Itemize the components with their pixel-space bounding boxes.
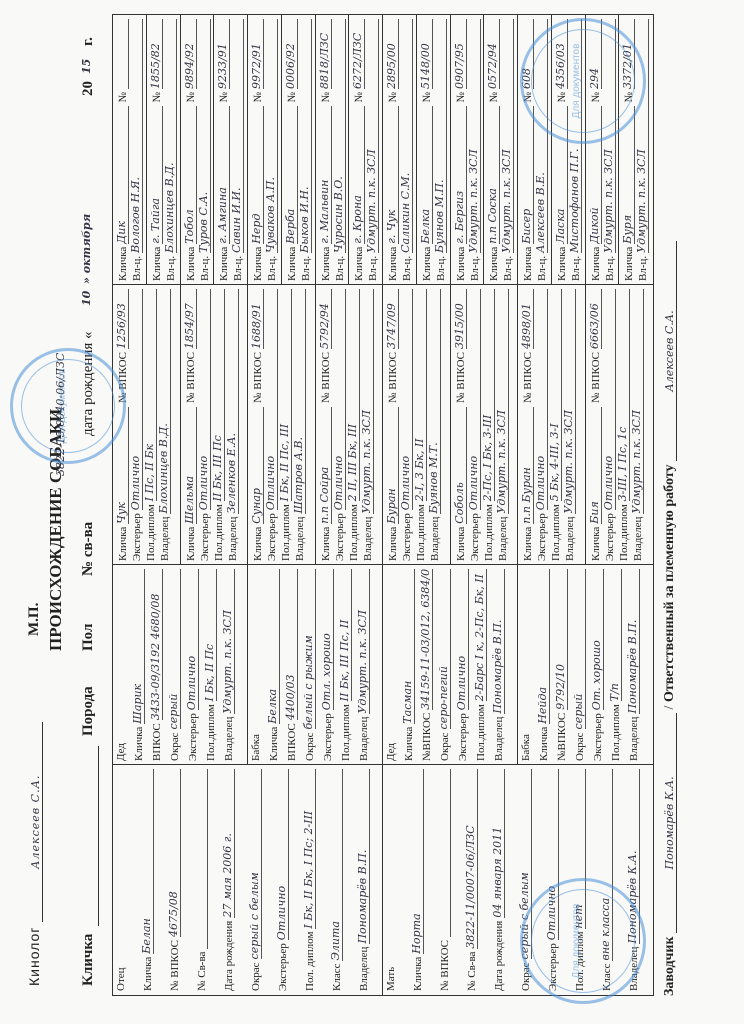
field-row: КличкаБелан [127, 769, 154, 991]
field-value: 2-I, 3 Бк, II [413, 289, 427, 501]
field-label: Кличка [320, 247, 332, 281]
field-value: Удмурт. п.к. ЗСЛ [356, 569, 370, 714]
field-label: №ВПКОС [556, 713, 568, 761]
field-label: Кличка [421, 247, 433, 281]
field-row: ЭкстерьерОтлично [264, 289, 278, 561]
field-row: ЭкстерьерОтлично [129, 289, 143, 561]
field-label: Кличка [185, 527, 197, 561]
ancestor-cell: Кличкаг. Бергиз№0907/95Вл-ц.Удмурт. п.к.… [451, 15, 485, 285]
field-row: ВладелецУдмурт. п.к. ЗСЛ [630, 289, 644, 561]
field-value: п.п Буран [520, 407, 534, 524]
field-value: Удмурт. п.к. ЗСЛ [360, 289, 374, 514]
field-value: Савин И.И. [230, 19, 244, 253]
field-value: II Бк, III Пс, II [338, 569, 352, 701]
field-row: КличкаТобол№9894/92 [183, 19, 197, 281]
number-value: 9894/92 [183, 19, 197, 89]
number-value: 2895/00 [385, 19, 399, 89]
field-value: Отлично [602, 289, 616, 510]
field-value: I Пс, II Бк [143, 289, 157, 501]
field-value: 2 II, III Бк, III [346, 289, 360, 501]
field-row: Пол.дипломI Бк, II Пс [199, 569, 217, 761]
field-value: Туров С.А. [197, 19, 211, 253]
number-value: 0006/92 [284, 19, 298, 89]
field-value: Отлично [332, 289, 346, 510]
footer: Заводчик Пономарёв К.А. / Ответственный … [662, 16, 678, 996]
field-value: Чуваков А.П. [264, 19, 278, 253]
field-row: Вл-ц.Чуросин В.О. [332, 19, 346, 281]
role-label: Бабка [520, 569, 532, 761]
field-value: Шарик [131, 569, 145, 724]
field-label: Кличка [218, 247, 230, 281]
field-value: II Бк, III Пс [211, 289, 225, 501]
number-label: № [387, 92, 399, 103]
grandparent-cell: ДедКличкаТасман№ВПКОС34159-11-03/012, 63… [383, 565, 518, 765]
field-value: От. хорошо [590, 569, 604, 710]
vpkos-value: 1854/97 [183, 289, 197, 349]
field-label: Вл-ц. [300, 256, 312, 281]
field-row: Окрассеро-пегий [433, 569, 451, 761]
field-label: Экстерьер [334, 513, 346, 561]
field-value: Буянов М.Т. [427, 289, 441, 514]
field-row: Дата рождения27 мая 2006 г. [208, 769, 235, 991]
field-value: 27 мая 2006 г. [221, 769, 235, 918]
field-value: Удмурт. п.к. ЗСЛ [467, 19, 481, 253]
field-value: Удмурт. п.к. ЗСЛ [495, 289, 509, 514]
field-value: г. Бергиз [453, 107, 467, 244]
role-label: Дед [385, 569, 397, 761]
grandparent-cell: БабкаКличкаНейда№ВПКОС9792/10ОкрассерыйЭ… [518, 565, 653, 765]
field-value: Нейда [536, 569, 550, 724]
field-row: КличкаБелка [262, 569, 280, 761]
field-value: Отлично [264, 289, 278, 510]
field-label: Кличка [117, 247, 129, 281]
field-label: Кличка [590, 527, 602, 561]
field-value: Удмурт. п.к. ЗСЛ [500, 19, 514, 253]
vpkos-value: 5792/94 [318, 289, 332, 349]
field-row: ЭкстерьерОтлично [332, 289, 346, 561]
kinolog-label: Кинолог [26, 927, 42, 986]
field-label: Экстерьер [277, 943, 289, 991]
field-row: Окрассерый [163, 569, 181, 761]
grandparent-cell: ДедКличкаШарикВПКОС3433-09/3192 4680/08О… [113, 565, 248, 765]
field-row: Вл-ц.Удмурт. п.к. ЗСЛ [467, 19, 481, 281]
field-value: г. Чук [385, 107, 399, 244]
field-row: Пол.диплом5 Бк, 4-III, 3-I [548, 289, 562, 561]
ancestor-cell: КличкаДик№Вл-ц.Вологов Н.Я. [113, 15, 147, 285]
number-label: № [488, 92, 500, 103]
field-label: Кличка [117, 527, 129, 561]
field-value: Буянов М.П. [433, 19, 447, 253]
number-value: 0572/94 [486, 19, 500, 89]
field-value: Белка [266, 569, 280, 724]
dob-year-prefix: 20 [80, 81, 97, 96]
field-row: Вл-ц.Савин И.И. [230, 19, 244, 281]
field-value: г. Крона [351, 107, 365, 244]
field-row: Вл-ц.Блохинцев В.Д. [163, 19, 177, 281]
field-label: Владелец [497, 517, 509, 561]
field-label: Пол.диплом [340, 704, 352, 761]
field-value: I Бк, II Пс [203, 569, 217, 701]
field-value: г. Мальвин [318, 107, 332, 244]
number-label: № [252, 92, 264, 103]
field-label: Окрас [169, 732, 181, 761]
field-row: КличкаТасман [397, 569, 415, 761]
kinolog-field: Кинолог Алексеев С.А. [26, 722, 43, 986]
field-row: № Св-ва3822-11/0007-06/ЛЗС [451, 769, 478, 991]
field-value: 3822-11/0007-06/ЛЗС [464, 769, 478, 949]
number-label: № [151, 92, 163, 103]
field-row: ВладелецБлохинцев В.Д. [157, 289, 171, 561]
field-label: Кличка [522, 247, 534, 281]
field-row: ЭкстерьерОтлично [181, 569, 199, 761]
field-label: Вл-ц. [536, 256, 548, 281]
field-row: №ВПКОС34159-11-03/012, 6384/06 [415, 569, 433, 761]
field-label: Пол.диплом [618, 504, 630, 561]
field-label: Пол.диплом [483, 504, 495, 561]
field-label: Пол.диплом [550, 504, 562, 561]
field-label: Экстерьер [592, 713, 604, 761]
vpkos-label: № ВПКОС [185, 352, 197, 403]
field-label: № ВПКОС [439, 940, 451, 991]
field-value: Блохинцев В.Д. [157, 289, 171, 514]
field-label: Вл-ц. [401, 256, 413, 281]
field-row: Окрассерый [568, 569, 586, 761]
grandparents-column: ДедКличкаШарикВПКОС3433-09/3192 4680/08О… [113, 564, 653, 765]
great-grandparent-cell: КличкаШельма№ ВПКОС1854/97ЭкстерьерОтлич… [181, 285, 249, 565]
field-label: Кличка [590, 247, 602, 281]
field-label: Окрас [250, 962, 262, 991]
field-label: Окрас [304, 732, 316, 761]
field-label: Пол.диплом [205, 704, 217, 761]
field-value: г. Амгина [216, 107, 230, 244]
father-cell: ОтецКличкаБелан№ ВПКОС4675/08№ Св-ваДата… [113, 765, 383, 995]
field-label: Пол.диплом [415, 504, 427, 561]
field-value: Норта [410, 769, 424, 954]
field-value: серый с белым [248, 769, 262, 959]
number-value: 6272/ЛЗС [351, 19, 365, 89]
dob-day: 10 [80, 291, 93, 306]
field-row: Пол.дипломI Пс, II Бк [143, 289, 157, 561]
field-value: Зеленков Е.А. [225, 289, 239, 514]
field-value: серый [572, 569, 586, 729]
field-label: Экстерьер [536, 513, 548, 561]
field-value: Тобол [183, 107, 197, 244]
field-label: Кличка [623, 247, 635, 281]
field-row: КличкаШельма№ ВПКОС1854/97 [183, 289, 197, 561]
field-label: Кличка [252, 247, 264, 281]
field-row: Вл-ц.Вологов Н.Я. [129, 19, 143, 281]
field-value: Верба [284, 107, 298, 244]
stamp-seal: Для документов [520, 18, 646, 144]
field-row: Пол.диплом3-III, I Пс, 1с [616, 289, 630, 561]
field-label: Пол.диплом [280, 504, 292, 561]
mp-label: М.П. [26, 603, 43, 636]
field-value: 3-III, I Пс, 1с [616, 289, 630, 501]
field-row: ВПКОС3433-09/3192 4680/08 [145, 569, 163, 761]
dob-month: » октября [80, 214, 93, 284]
field-row: ВладелецУдмурт. п.к. ЗСЛ [352, 569, 370, 761]
field-row: Окрассерый с белым [235, 769, 262, 991]
field-row: ВладелецПономарёв В.П. [487, 569, 505, 761]
field-row: ЭкстерьерОтлично [467, 289, 481, 561]
vpkos-label: № ВПКОС [320, 352, 332, 403]
field-row: ЭкстерьерОтлично [399, 289, 413, 561]
field-label: Пол. диплом [304, 932, 316, 991]
field-row: КличкаНорта [397, 769, 424, 991]
field-label: Владелец [358, 947, 370, 991]
field-row: ВладелецУдмурт. п.к. ЗСЛ [495, 289, 509, 561]
field-row: ЭкстерьерОтлично [534, 289, 548, 561]
field-value: Удмурт. п.к. ЗСЛ [365, 19, 379, 253]
role-label: Бабка [250, 569, 262, 761]
field-value: Чуросин В.О. [332, 19, 346, 253]
field-row: Пол.диплом2-Пс, I Бк, 3-III [481, 289, 495, 561]
field-label: Владелец [362, 517, 374, 561]
field-label: Владелец [223, 717, 235, 761]
kinolog-value: Алексеев С.А. [29, 722, 43, 922]
field-value: п.п Сойра [318, 407, 332, 524]
field-label: Кличка [455, 247, 467, 281]
field-label: Кличка [151, 247, 163, 281]
sex-label: Пол [80, 624, 97, 651]
stamp-seal: Для документов [10, 348, 126, 464]
field-label: Кличка [133, 727, 145, 761]
field-row: Вл-ц.Быков И.Н. [298, 19, 312, 281]
field-value: Отлично [275, 769, 289, 940]
field-value: Шатров А.В. [292, 289, 306, 514]
field-value [450, 769, 451, 937]
number-value: 9233/91 [216, 19, 230, 89]
field-value: 9792/10 [554, 569, 568, 710]
field-label: Владелец [429, 517, 441, 561]
breed-label: Порода [80, 686, 97, 736]
field-row: Кличкаг. Крона№6272/ЛЗС [351, 19, 365, 281]
field-value: Сунар [250, 407, 264, 524]
field-label: Кличка [353, 247, 365, 281]
field-label: Кличка [403, 727, 415, 761]
number-value: 1855/82 [149, 19, 163, 89]
field-value: белый с рыжим [302, 569, 316, 729]
field-value: I Бк, II Бк, I Пс; 2-III [302, 769, 316, 929]
ancestor-cell: КличкаНерд№9972/91Вл-ц.Чуваков А.П. [248, 15, 282, 285]
field-label: Владелец [227, 517, 239, 561]
great-grandparent-cell: КличкаСоболь№ ВПКОС3915/00ЭкстерьерОтлич… [451, 285, 519, 565]
field-label: Экстерьер [469, 513, 481, 561]
field-label: Вл-ц. [131, 256, 143, 281]
field-value: Шельма [183, 407, 197, 524]
ancestor-cell: Кличкаг. Тайга№1855/82Вл-ц.Блохинцев В.Д… [147, 15, 181, 285]
field-label: Кличка [142, 957, 154, 991]
field-row: Кличкап.п Буран№ ВПКОС4898/01 [520, 289, 534, 561]
field-row: ЭкстерьерОт. хорошо [586, 569, 604, 761]
number-value: 8818/ЛЗС [318, 19, 332, 89]
field-label: Класс [331, 964, 343, 991]
field-label: Экстерьер [131, 513, 143, 561]
field-label: Вл-ц. [266, 256, 278, 281]
field-value: Быков И.Н. [298, 19, 312, 253]
field-row: Вл-ц.Буянов М.П. [433, 19, 447, 281]
field-row: КличкаВерба№0006/92 [284, 19, 298, 281]
ancestor-cell: КличкаБелка№5148/00Вл-ц.Буянов М.П. [417, 15, 451, 285]
field-label: Дата рождения [493, 921, 505, 991]
field-row: Кличкаг. Чук№2895/00 [385, 19, 399, 281]
ancestor-cell: Кличкаг. Крона№6272/ЛЗСВл-ц.Удмурт. п.к.… [349, 15, 383, 285]
field-value: Отлично [185, 569, 199, 710]
field-label: Экстерьер [266, 513, 278, 561]
field-row: ВладелецПономарёв В.П. [343, 769, 370, 991]
field-label: ВПКОС [286, 723, 298, 761]
field-label: Вл-ц. [570, 256, 582, 281]
field-row: Пол.диплом2-I, 3 Бк, II [413, 289, 427, 561]
field-value: Белан [140, 769, 154, 954]
vpkos-value: 3747/09 [385, 289, 399, 349]
dob-year: 15 [80, 59, 93, 74]
field-value: Отлично [197, 289, 211, 510]
field-label: Вл-ц. [435, 256, 447, 281]
vpkos-value: 1688/91 [250, 289, 264, 349]
field-row: Кличкап.п Соска№0572/94 [486, 19, 500, 281]
field-value: Саликин С.М. [399, 19, 413, 253]
field-value: Пономарёв В.П. [491, 569, 505, 714]
field-label: Владелец [358, 717, 370, 761]
field-value: Соболь [453, 407, 467, 524]
field-label: Вл-ц. [637, 256, 649, 281]
great-grandparent-cell: КличкаСунар№ ВПКОС1688/91ЭкстерьерОтличн… [248, 285, 316, 565]
field-label: ВПКОС [151, 723, 163, 761]
field-row: КличкаДик№ [115, 19, 129, 281]
field-label: Экстерьер [604, 513, 616, 561]
number-value: 9972/91 [250, 19, 264, 89]
field-value: Белка [419, 107, 433, 244]
great-grandparent-cell: КличкаБуран№ ВПКОС3747/09ЭкстерьерОтличн… [383, 285, 451, 565]
field-row: ВладелецЗеленков Е.А. [225, 289, 239, 561]
field-row: Вл-ц.Удмурт. п.к. ЗСЛ [500, 19, 514, 281]
field-row: КличкаСоболь№ ВПКОС3915/00 [453, 289, 467, 561]
field-label: Кличка [252, 527, 264, 561]
number-label: № [455, 92, 467, 103]
great-grandparent-cell: Кличкап.п Сойра№ ВПКОС5792/94ЭкстерьерОт… [316, 285, 384, 565]
field-row: Вл-ц.Туров С.А. [197, 19, 211, 281]
field-label: Вл-ц. [334, 256, 346, 281]
field-value: Нерд [250, 107, 264, 244]
field-label: Кличка [538, 727, 550, 761]
ancestor-cell: Кличкаг. Амгина№9233/91Вл-ц.Савин И.И. [214, 15, 248, 285]
field-label: Вл-ц. [199, 256, 211, 281]
field-value: Пономарёв В.П. [626, 569, 640, 714]
field-row: КличкаБуран№ ВПКОС3747/09 [385, 289, 399, 561]
field-value: Т/п [608, 569, 622, 701]
field-row: Пол.диплом2-Барс I к, 2-Пс, Бк, II [469, 569, 487, 761]
field-row: ВладелецШатров А.В. [292, 289, 306, 561]
field-row: ВладелецУдмурт. п.к. ЗСЛ [360, 289, 374, 561]
field-row: Пол.дипломI Бк, II Пс, III [278, 289, 292, 561]
number-label: № [320, 92, 332, 103]
ancestor-cell: КличкаВерба№0006/92Вл-ц.Быков И.Н. [282, 15, 316, 285]
breeder-value: Пономарёв К.А. [663, 713, 677, 933]
field-value: Удмурт. п.к. ЗСЛ [221, 569, 235, 714]
field-label: Экстерьер [199, 513, 211, 561]
field-label: Пол.диплом [610, 704, 622, 761]
field-label: № ВПКОС [169, 940, 181, 991]
field-value: Отлично [129, 289, 143, 510]
field-row: ЭкстерьерОтлично [602, 289, 616, 561]
field-row: ВПКОС4400/03 [280, 569, 298, 761]
field-value: I Бк, II Пс, III [278, 289, 292, 501]
field-row: Пол.диплом2 II, III Бк, III [346, 289, 360, 561]
number-value: 0907/95 [453, 19, 467, 89]
field-value: Буран [385, 407, 399, 524]
field-label: Кличка [185, 247, 197, 281]
field-row: №ВПКОС9792/10 [550, 569, 568, 761]
field-value: Тасман [401, 569, 415, 724]
field-label: Кличка [268, 727, 280, 761]
field-label: № Св-ва [196, 952, 208, 991]
field-value: серый [167, 569, 181, 729]
klichka-label: Кличка [80, 934, 97, 986]
field-row: ВладелецУдмурт. п.к. ЗСЛ [562, 289, 576, 561]
field-label: Владелец [159, 517, 171, 561]
vpkos-label: № ВПКОС [590, 352, 602, 403]
field-row: № Св-ва [181, 769, 208, 991]
responsible-label: Ответственный за племенную работу [662, 465, 677, 703]
field-label: Пол.диплом [145, 504, 157, 561]
field-row: Дата рождения04 января 2011 [478, 769, 505, 991]
pedigree-certificate: Кинолог Алексеев С.А. М.П. ПРОИСХОЖДЕНИЕ… [0, 0, 744, 1024]
field-row: Пол. дипломI Бк, II Бк, I Пс; 2-III [289, 769, 316, 991]
field-row: № ВПКОС [424, 769, 451, 991]
ancestor-cell: КличкаТобол№9894/92Вл-ц.Туров С.А. [181, 15, 215, 285]
field-label: Кличка [286, 247, 298, 281]
field-value: 34159-11-03/012, 6384/06 [419, 569, 433, 710]
field-label: Вл-ц. [604, 256, 616, 281]
role-label: Мать [385, 769, 397, 991]
field-value: 04 января 2011 [491, 769, 505, 918]
field-label: Кличка [412, 957, 424, 991]
header-area: Кинолог Алексеев С.А. М.П. ПРОИСХОЖДЕНИЕ… [18, 16, 113, 996]
field-label: Кличка [455, 527, 467, 561]
field-row: ЭкстерьерОтлично [262, 769, 289, 991]
field-label: Владелец [564, 517, 576, 561]
field-row: КличкаШарик [127, 569, 145, 761]
field-value: 3433-09/3192 4680/08 [149, 569, 163, 720]
field-label: Вл-ц. [469, 256, 481, 281]
vpkos-label: № ВПКОС [522, 352, 534, 403]
field-row: Кличкаг. Бергиз№0907/95 [453, 19, 467, 281]
field-row: Кличкаг. Мальвин№8818/ЛЗС [318, 19, 332, 281]
field-value: п.п Соска [486, 107, 500, 244]
field-label: №ВПКОС [421, 713, 433, 761]
field-value: серо-пегий [437, 569, 451, 729]
field-value: Элита [329, 769, 343, 961]
ancestor-cell: Кличкаг. Мальвин№8818/ЛЗСВл-ц.Чуросин В.… [316, 15, 350, 285]
field-label: Владелец [493, 717, 505, 761]
field-label: Вл-ц. [165, 256, 177, 281]
field-value: 2-Пс, I Бк, 3-III [481, 289, 495, 501]
field-label: Окрас [439, 732, 451, 761]
field-value [207, 769, 208, 949]
field-label: Владелец [632, 517, 644, 561]
field-value: Отлично [534, 289, 548, 510]
field-label: № Св-ва [466, 952, 478, 991]
field-row: ВладелецПономарёв В.П. [622, 569, 640, 761]
field-row: Пол.дипломII Бк, III Пс [211, 289, 225, 561]
vpkos-value: 1256/93 [115, 289, 129, 349]
field-label: Пол.диплом [213, 504, 225, 561]
field-row: Вл-ц.Удмурт. п.к. ЗСЛ [365, 19, 379, 281]
great-grandparent-cell: КличкаБия№ ВПКОС6663/06ЭкстерьерОтличноП… [586, 285, 654, 565]
field-row: КличкаНерд№9972/91 [250, 19, 264, 281]
field-label: Владелец [628, 717, 640, 761]
